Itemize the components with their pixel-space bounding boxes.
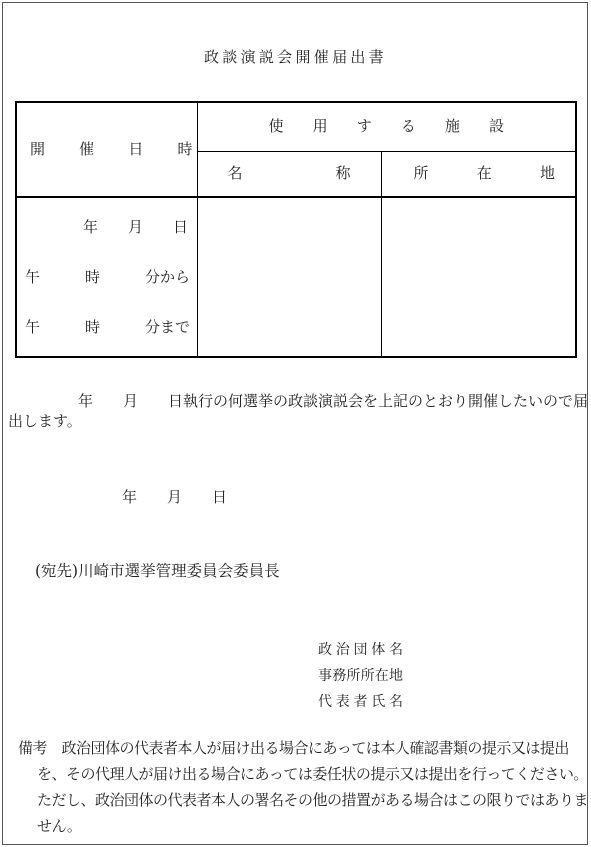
addressee-line: (宛先)川崎市選挙管理委員会委員長: [35, 563, 280, 580]
header-cell-datetime: 開催日時: [16, 102, 197, 197]
datetime-entry-start-line: 午 時 分から: [17, 252, 197, 302]
datetime-entry-end-line: 午 時 分まで: [17, 302, 197, 352]
cell-datetime-entry: 年 月 日 午 時 分から 午 時 分まで: [16, 197, 197, 357]
representative-name-label: 代表者氏名: [318, 689, 403, 715]
datetime-entry-date-line: 年 月 日: [17, 202, 197, 252]
header-facility-address-label: 所在地: [414, 164, 556, 183]
declaration-line-2: 出します。: [8, 411, 588, 431]
header-cell-facility-name: 名称: [197, 151, 381, 197]
cell-facility-address-entry: [381, 197, 576, 357]
header-facility-name-label: 名称: [228, 164, 351, 183]
remarks-line-1: 備考 政治団体の代表者本人が届け出る場合にあっては本人確認書類の提示又は提出: [18, 735, 589, 761]
remarks-line-3: ただし、政治団体の代表者本人の署名その他の措置がある場合はこの限りではありま: [37, 787, 589, 813]
header-cell-facility-address: 所在地: [381, 151, 576, 197]
header-cell-facility: 使用する施設: [197, 102, 576, 151]
office-address-label: 事務所所在地: [318, 663, 403, 689]
document-page: 政談演説会開催届出書 開催日時 使用する施設 名称 所在地: [0, 0, 591, 847]
document-title: 政談演説会開催届出書: [0, 49, 591, 66]
event-facility-table: 開催日時 使用する施設 名称 所在地 年 月 日 午 時 分から 午: [15, 101, 577, 358]
submission-date-line: 年 月 日: [122, 489, 227, 505]
cell-facility-name-entry: [197, 197, 381, 357]
remarks-line-4: せん。: [37, 813, 589, 839]
remarks-line-2: を、その代理人が届け出る場合にあっては委任状の提示又は提出を行ってください。: [37, 761, 589, 787]
declaration-line-1: 年 月 日執行の何選挙の政談演説会を上記のとおり開催したいので届: [8, 391, 588, 411]
remarks-block: 備考 政治団体の代表者本人が届け出る場合にあっては本人確認書類の提示又は提出 を…: [0, 735, 589, 839]
signature-block: 政治団体名 事務所所在地 代表者氏名: [318, 637, 403, 715]
header-datetime-label: 開催日時: [30, 140, 193, 159]
header-facility-label: 使用する施設: [269, 117, 505, 136]
declaration-paragraph: 年 月 日執行の何選挙の政談演説会を上記のとおり開催したいので届 出します。: [8, 391, 588, 431]
political-org-name-label: 政治団体名: [318, 637, 403, 663]
